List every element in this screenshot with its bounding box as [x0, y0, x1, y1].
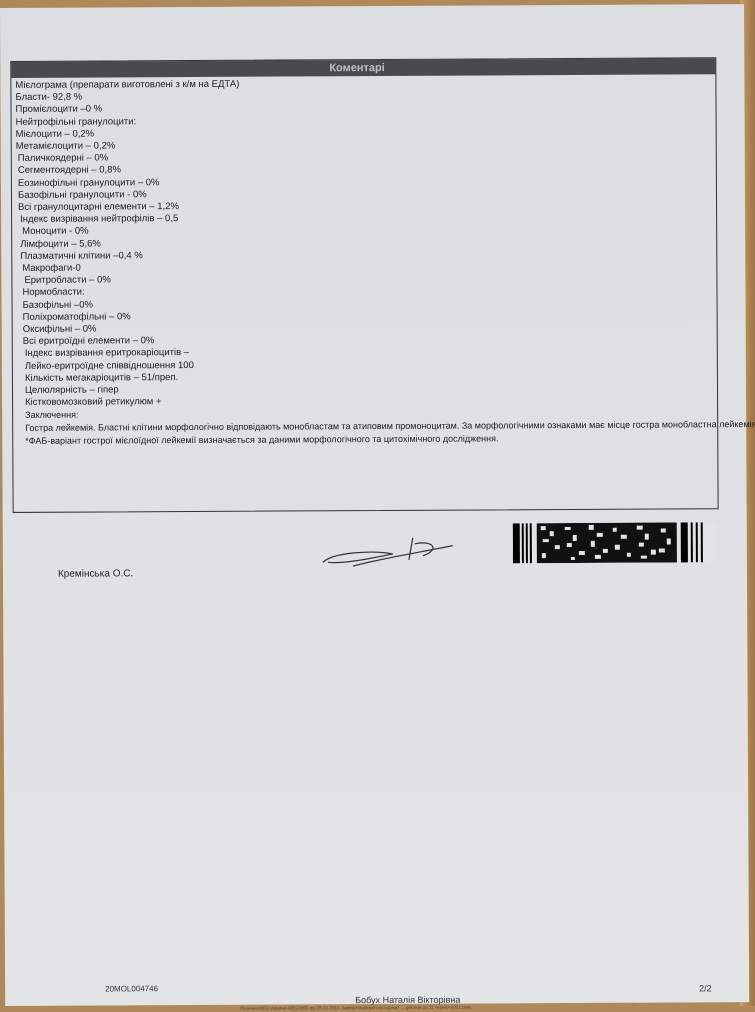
- document-page: Коментарі Мієлограма (препарати виготовл…: [0, 4, 749, 1006]
- doctor-name: Кремінська О.С.: [58, 568, 133, 579]
- comments-box: Коментарі Мієлограма (препарати виготовл…: [10, 57, 718, 513]
- footer-document-id: 20MOL004746: [105, 984, 158, 993]
- footer-page-number: 2/2: [699, 983, 712, 993]
- signature-mark: [313, 532, 463, 573]
- footer-lab-head: Бобух Наталія Вікторівна: [355, 995, 460, 1006]
- myelogram-list: Мієлограма (препарати виготовлені з к/м …: [11, 74, 717, 448]
- barcode-icon: [513, 522, 718, 563]
- conclusion-note: *ФАБ-варіант гострої мієлоїдної лейкемії…: [17, 432, 717, 449]
